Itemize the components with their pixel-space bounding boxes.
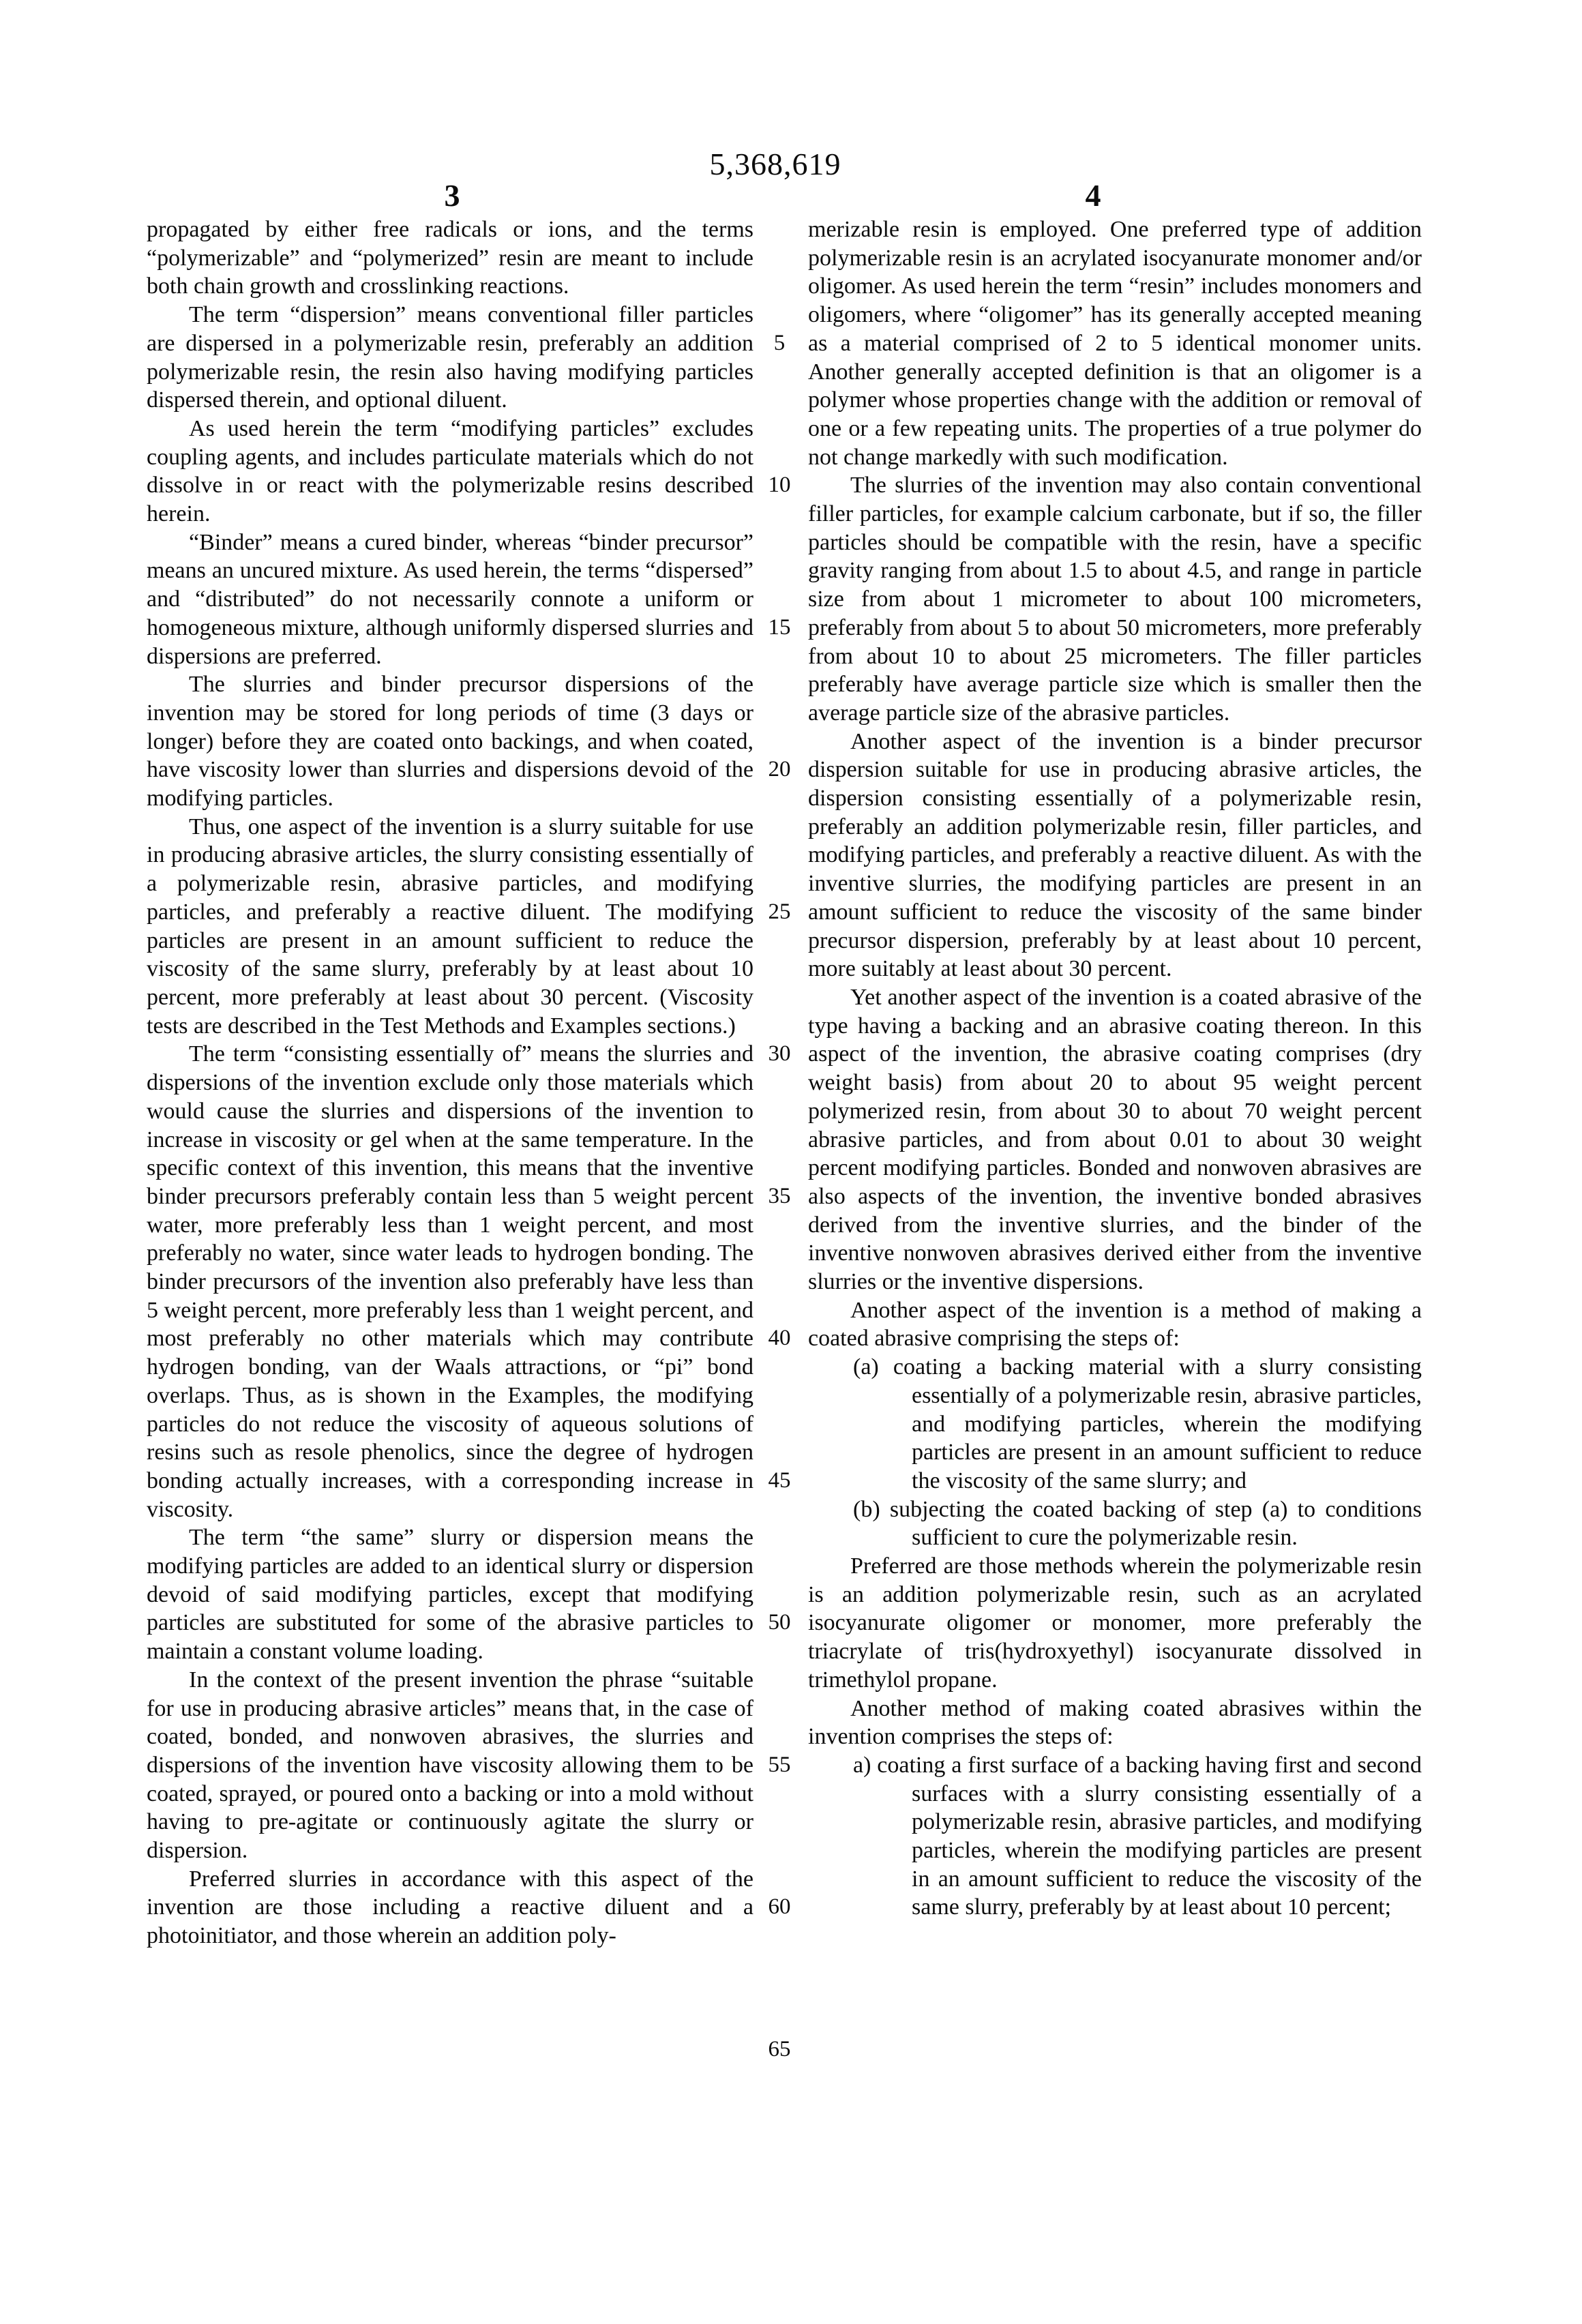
line-number: 20 bbox=[754, 756, 805, 784]
paragraph: Another method of making coated abrasive… bbox=[808, 1695, 1422, 1751]
paragraph: a) coating a first surface of a backing … bbox=[808, 1751, 1422, 1922]
paragraph: The slurries of the invention may also c… bbox=[808, 471, 1422, 727]
line-number: 35 bbox=[754, 1182, 805, 1211]
paragraph: propagated by either free radicals or io… bbox=[147, 215, 753, 301]
line-number: 60 bbox=[754, 1893, 805, 1922]
right-column: merizable resin is employed. One preferr… bbox=[808, 215, 1422, 1922]
column-number-right: 4 bbox=[1059, 177, 1127, 213]
line-number: 30 bbox=[754, 1040, 805, 1069]
paragraph: The slurries and binder precursor disper… bbox=[147, 670, 753, 813]
paragraph: Preferred are those methods wherein the … bbox=[808, 1552, 1422, 1695]
line-number: 45 bbox=[754, 1467, 805, 1495]
paragraph: In the context of the present invention … bbox=[147, 1666, 753, 1865]
paragraph: Another aspect of the invention is a met… bbox=[808, 1296, 1422, 1353]
column-number-left: 3 bbox=[418, 177, 486, 213]
line-number: 15 bbox=[754, 614, 805, 642]
paragraph: “Binder” means a cured binder, whereas “… bbox=[147, 528, 753, 671]
line-number: 40 bbox=[754, 1324, 805, 1353]
line-number: 50 bbox=[754, 1609, 805, 1637]
paragraph: Thus, one aspect of the invention is a s… bbox=[147, 813, 753, 1041]
paragraph: As used herein the term “modifying parti… bbox=[147, 415, 753, 528]
line-number: 10 bbox=[754, 471, 805, 500]
paragraph: The term “consisting essentially of” mea… bbox=[147, 1040, 753, 1523]
paragraph: Yet another aspect of the invention is a… bbox=[808, 983, 1422, 1296]
patent-number: 5,368,619 bbox=[0, 146, 1551, 182]
paragraph: Preferred slurries in accordance with th… bbox=[147, 1865, 753, 1950]
line-number: 65 bbox=[754, 2036, 805, 2064]
paragraph: Another aspect of the invention is a bin… bbox=[808, 728, 1422, 983]
line-number: 25 bbox=[754, 898, 805, 927]
left-column: propagated by either free radicals or io… bbox=[147, 215, 753, 1950]
patent-page: 5,368,619 3 4 propagated by either free … bbox=[0, 0, 1582, 2324]
paragraph: The term “the same” slurry or dispersion… bbox=[147, 1523, 753, 1666]
line-number: 5 bbox=[754, 329, 805, 358]
paragraph: The term “dispersion” means conventional… bbox=[147, 301, 753, 415]
paragraph: (b) subjecting the coated backing of ste… bbox=[808, 1495, 1422, 1552]
line-number: 55 bbox=[754, 1751, 805, 1780]
paragraph: merizable resin is employed. One preferr… bbox=[808, 215, 1422, 471]
paragraph: (a) coating a backing material with a sl… bbox=[808, 1353, 1422, 1495]
